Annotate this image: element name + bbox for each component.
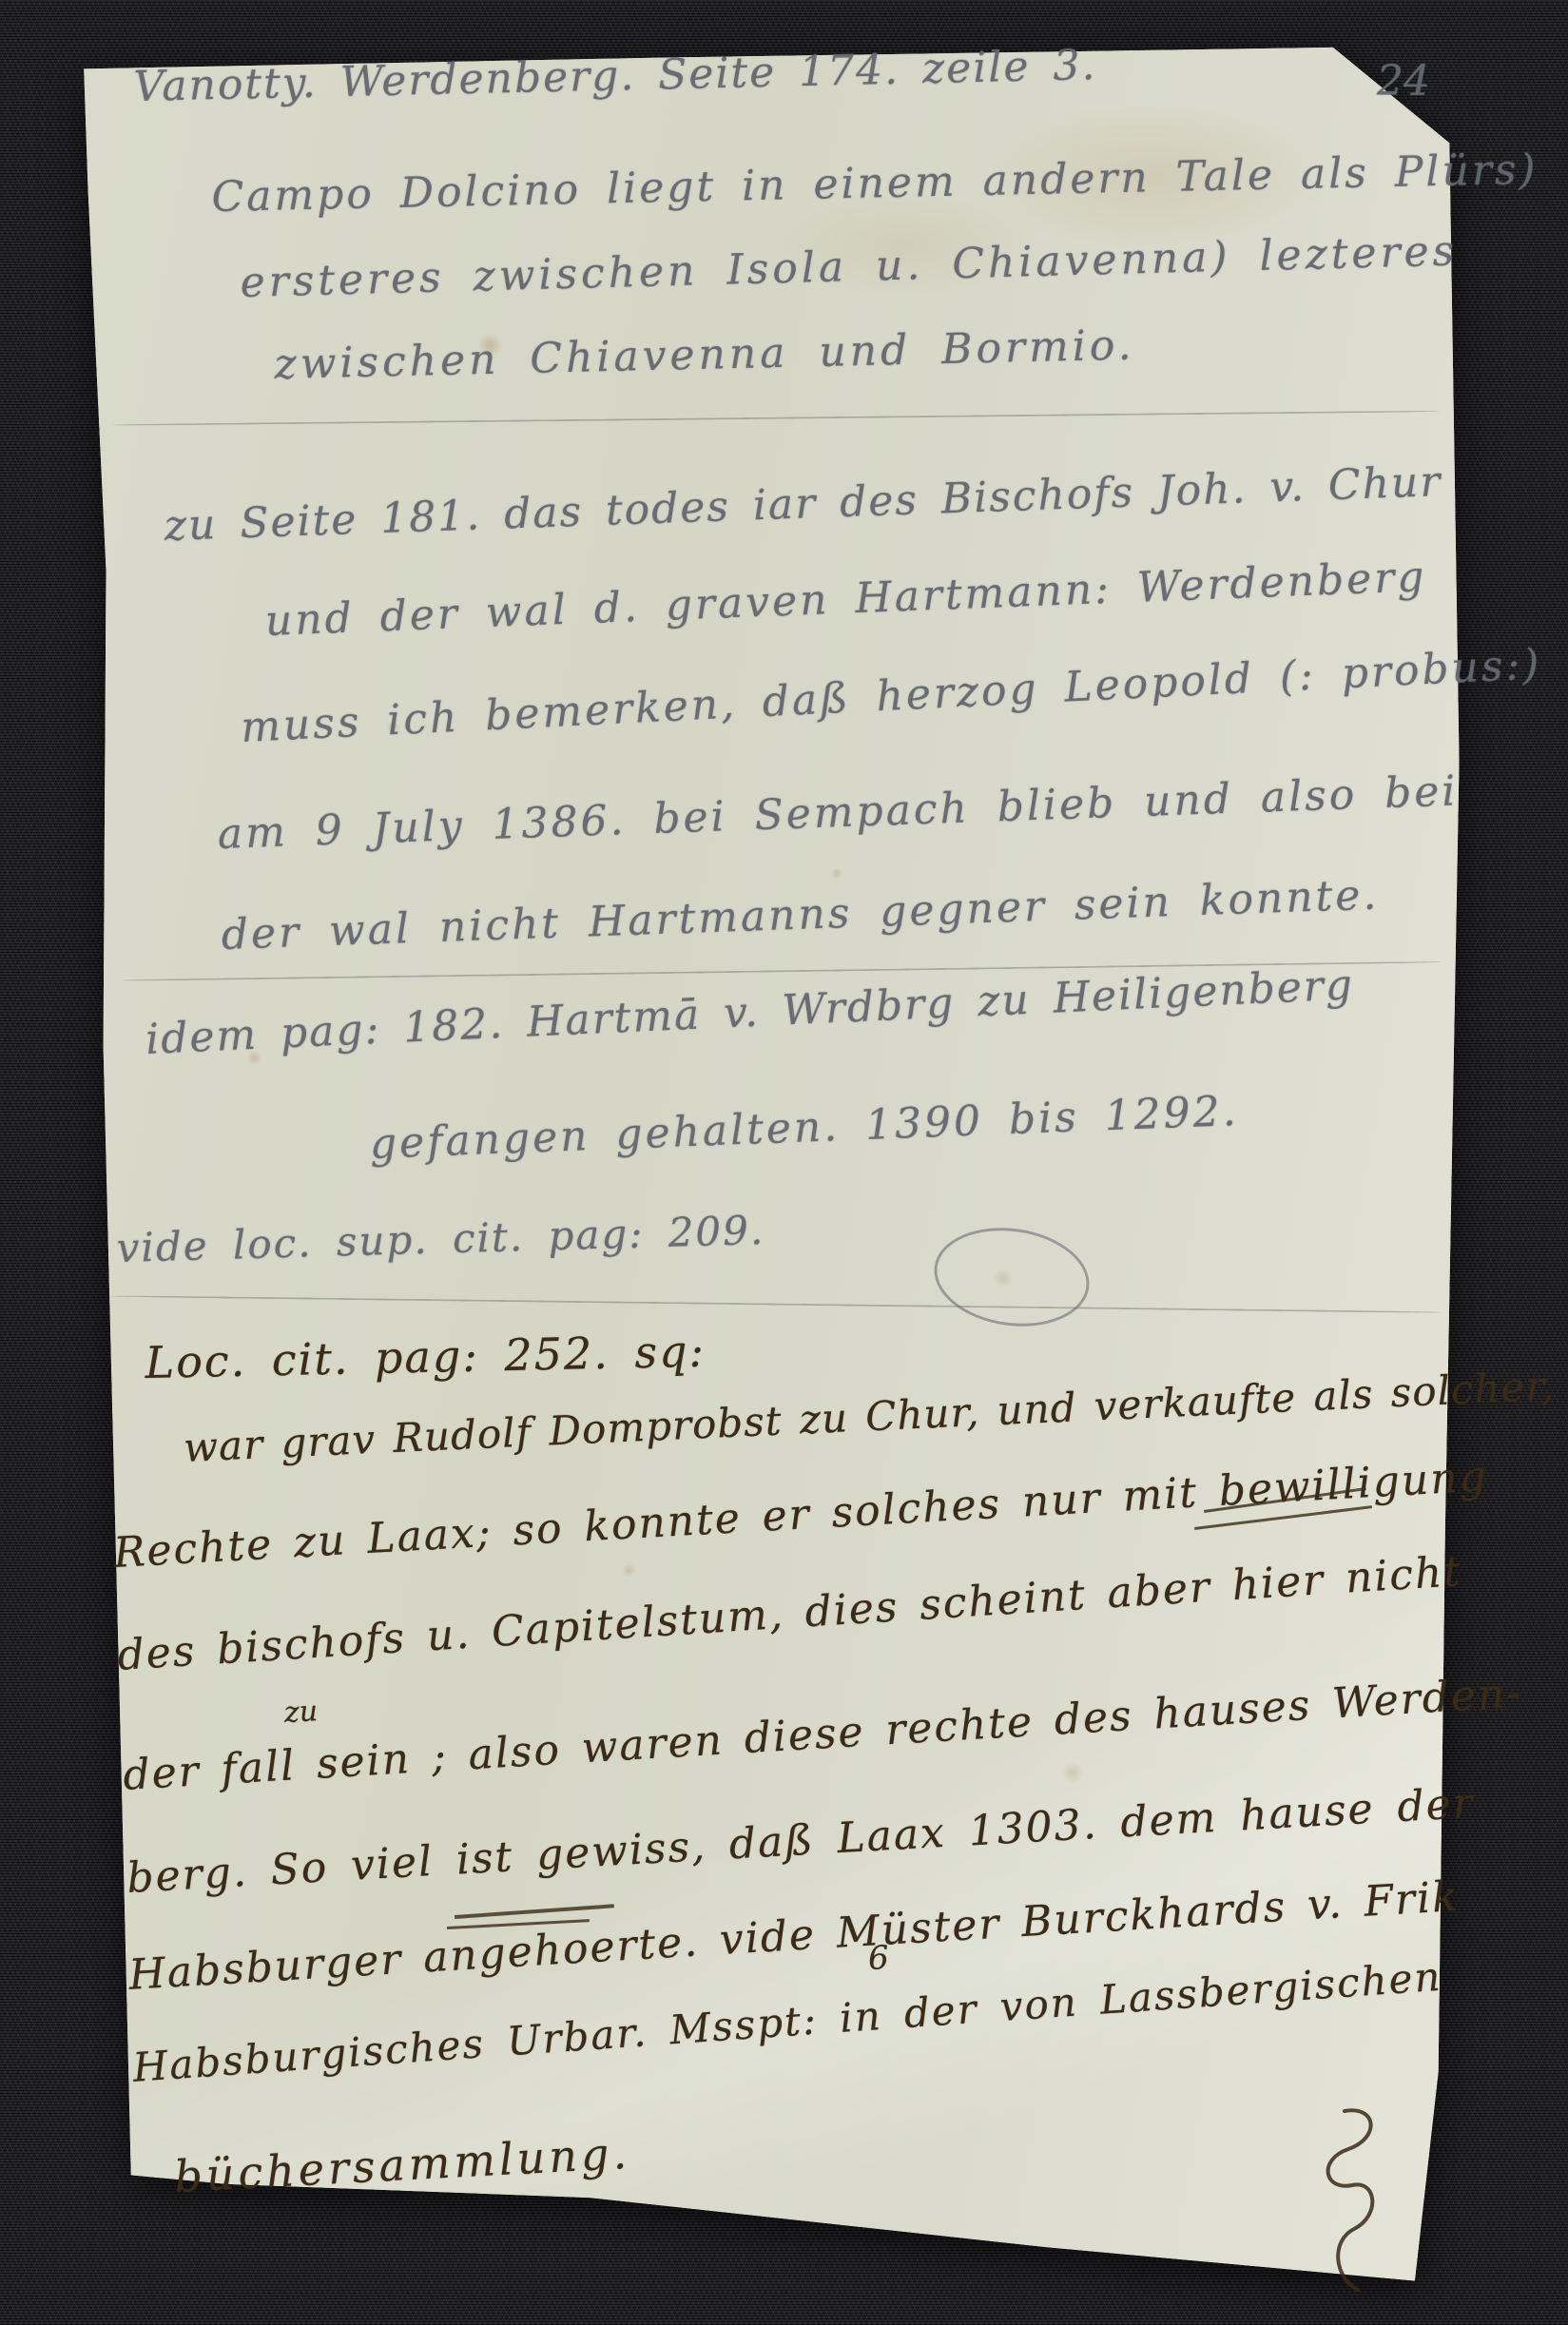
manuscript-line-l4: zwischen Chiavenna und Bormio. [274,320,1135,389]
page-number: 24 [1377,57,1430,106]
manuscript-line-l16: des bischofs u. Capitelstum, dies schein… [116,1547,1463,1680]
pencil-rule-3 [110,1295,1442,1313]
interlinear-insertion: zu [283,1695,319,1730]
manuscript-line-l3: ersteres zwischen Isola u. Chiavenna) le… [240,226,1459,307]
pencil-rule-1 [112,410,1440,426]
manuscript-line-l17: der fall sein ; also waren diese rechte … [122,1669,1523,1800]
manuscript-line-l8: am 9 July 1386. bei Sempach blieb und al… [217,766,1459,859]
manuscript-line-l2: Campo Dolcino liegt in einem andern Tale… [211,145,1539,222]
circle-annotation-209 [928,1218,1096,1336]
manuscript-line-l9: der wal nicht Hartmanns gegner sein konn… [221,870,1380,959]
manuscript-line-l7: muss ich bemerken, daß herzog Leopold (:… [240,640,1542,752]
manuscript-line-l12: vide loc. sup. cit. pag: 209. [116,1207,765,1271]
manuscript-line-l21: büchersammlung. [173,2127,631,2202]
manuscript-line-l6: und der wal d. graven Hartmann: Werdenbe… [264,552,1427,646]
manuscript-line-l1: Vanotty. Werdenberg. Seite 174. zeile 3. [133,41,1097,111]
manuscript-line-l11: gefangen gehalten. 1390 bis 1292. [369,1087,1239,1169]
text-layer: 24 zu 6 Vanotty. Werdenberg. Seite 174. … [0,0,1568,2325]
ink-flourish [1289,2103,1394,2303]
manuscript-line-l13: Loc. cit. pag: 252. sq: [145,1326,706,1388]
manuscript-line-l5: zu Seite 181. das todes iar des Bischofs… [164,457,1442,551]
underline-gewiss-1 [455,1904,614,1919]
